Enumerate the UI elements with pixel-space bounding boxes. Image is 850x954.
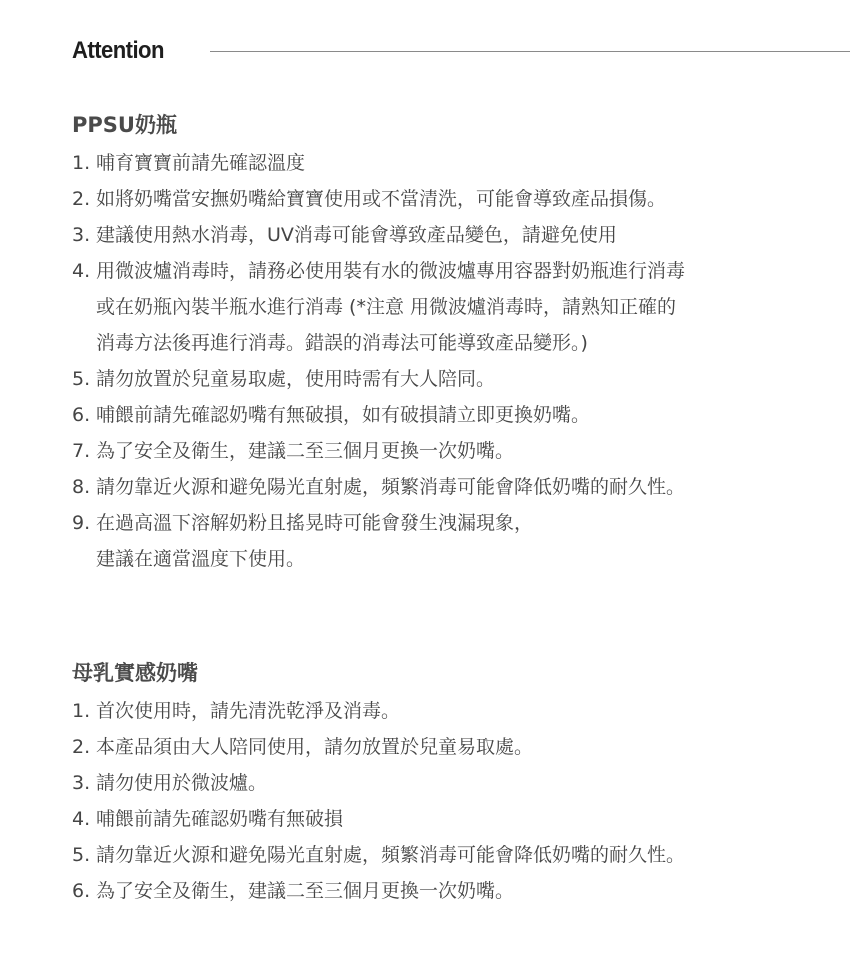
item-text: 本產品須由大人陪同使用，請勿放置於兒童易取處。 (96, 729, 842, 765)
list-item: 6. 哺餵前請先確認奶嘴有無破損，如有破損請立即更換奶嘴。 (72, 397, 842, 433)
ppsu-bottle-list: 1. 哺育寶寶前請先確認溫度 2. 如將奶嘴當安撫奶嘴給寶寶使用或不當清洗，可能… (72, 145, 842, 577)
list-item: 7. 為了安全及衛生，建議二至三個月更換一次奶嘴。 (72, 433, 842, 469)
header-divider (210, 51, 850, 52)
list-item: 8. 請勿靠近火源和避免陽光直射處，頻繁消毒可能會降低奶嘴的耐久性。 (72, 469, 842, 505)
item-text: 在過高溫下溶解奶粉且搖晃時可能會發生洩漏現象， (96, 505, 842, 541)
item-text-continued: 建議在適當溫度下使用。 (96, 541, 842, 577)
nipple-list: 1. 首次使用時，請先清洗乾淨及消毒。 2. 本產品須由大人陪同使用，請勿放置於… (72, 693, 842, 909)
item-number: 3. (72, 217, 96, 253)
section-ppsu-bottle: PPSU奶瓶 1. 哺育寶寶前請先確認溫度 2. 如將奶嘴當安撫奶嘴給寶寶使用或… (72, 110, 842, 577)
item-number: 4. (72, 253, 96, 361)
item-number: 5. (72, 361, 96, 397)
list-item: 6. 為了安全及衛生，建議二至三個月更換一次奶嘴。 (72, 873, 842, 909)
item-text: 哺餵前請先確認奶嘴有無破損，如有破損請立即更換奶嘴。 (96, 397, 842, 433)
item-text: 為了安全及衛生，建議二至三個月更換一次奶嘴。 (96, 873, 842, 909)
item-text: 請勿靠近火源和避免陽光直射處，頻繁消毒可能會降低奶嘴的耐久性。 (96, 469, 842, 505)
item-number: 4. (72, 801, 96, 837)
list-item: 4. 哺餵前請先確認奶嘴有無破損 (72, 801, 842, 837)
item-text-continued: 或在奶瓶內裝半瓶水進行消毒 (*注意 用微波爐消毒時，請熟知正確的 (96, 289, 842, 325)
list-item: 9. 在過高溫下溶解奶粉且搖晃時可能會發生洩漏現象， 建議在適當溫度下使用。 (72, 505, 842, 577)
item-number: 2. (72, 181, 96, 217)
list-item: 1. 哺育寶寶前請先確認溫度 (72, 145, 842, 181)
item-number: 2. (72, 729, 96, 765)
list-item: 5. 請勿靠近火源和避免陽光直射處，頻繁消毒可能會降低奶嘴的耐久性。 (72, 837, 842, 873)
item-text: 請勿使用於微波爐。 (96, 765, 842, 801)
attention-title: Attention (72, 37, 164, 65)
section-title: 母乳實感奶嘴 (72, 658, 842, 688)
item-text: 首次使用時，請先清洗乾淨及消毒。 (96, 693, 842, 729)
list-item: 3. 請勿使用於微波爐。 (72, 765, 842, 801)
item-number: 1. (72, 145, 96, 181)
item-number: 5. (72, 837, 96, 873)
list-item: 2. 本產品須由大人陪同使用，請勿放置於兒童易取處。 (72, 729, 842, 765)
list-item: 1. 首次使用時，請先清洗乾淨及消毒。 (72, 693, 842, 729)
item-text: 如將奶嘴當安撫奶嘴給寶寶使用或不當清洗，可能會導致產品損傷。 (96, 181, 842, 217)
list-item: 5. 請勿放置於兒童易取處，使用時需有大人陪同。 (72, 361, 842, 397)
item-text: 用微波爐消毒時，請務必使用裝有水的微波爐專用容器對奶瓶進行消毒 (96, 253, 842, 289)
item-text: 請勿靠近火源和避免陽光直射處，頻繁消毒可能會降低奶嘴的耐久性。 (96, 837, 842, 873)
item-text: 請勿放置於兒童易取處，使用時需有大人陪同。 (96, 361, 842, 397)
item-text: 建議使用熱水消毒，UV消毒可能會導致產品變色，請避免使用 (96, 217, 842, 253)
list-item: 2. 如將奶嘴當安撫奶嘴給寶寶使用或不當清洗，可能會導致產品損傷。 (72, 181, 842, 217)
section-nipple: 母乳實感奶嘴 1. 首次使用時，請先清洗乾淨及消毒。 2. 本產品須由大人陪同使… (72, 658, 842, 909)
section-title: PPSU奶瓶 (72, 110, 842, 140)
item-text: 哺育寶寶前請先確認溫度 (96, 145, 842, 181)
item-text-continued: 消毒方法後再進行消毒。錯誤的消毒法可能導致產品變形。) (96, 325, 842, 361)
item-text: 為了安全及衛生，建議二至三個月更換一次奶嘴。 (96, 433, 842, 469)
item-text: 哺餵前請先確認奶嘴有無破損 (96, 801, 842, 837)
item-number: 3. (72, 765, 96, 801)
item-number: 8. (72, 469, 96, 505)
list-item: 3. 建議使用熱水消毒，UV消毒可能會導致產品變色，請避免使用 (72, 217, 842, 253)
item-number: 9. (72, 505, 96, 577)
item-number: 6. (72, 873, 96, 909)
item-number: 1. (72, 693, 96, 729)
list-item: 4. 用微波爐消毒時，請務必使用裝有水的微波爐專用容器對奶瓶進行消毒 或在奶瓶內… (72, 253, 842, 361)
item-number: 7. (72, 433, 96, 469)
attention-header: Attention (72, 34, 850, 68)
item-number: 6. (72, 397, 96, 433)
